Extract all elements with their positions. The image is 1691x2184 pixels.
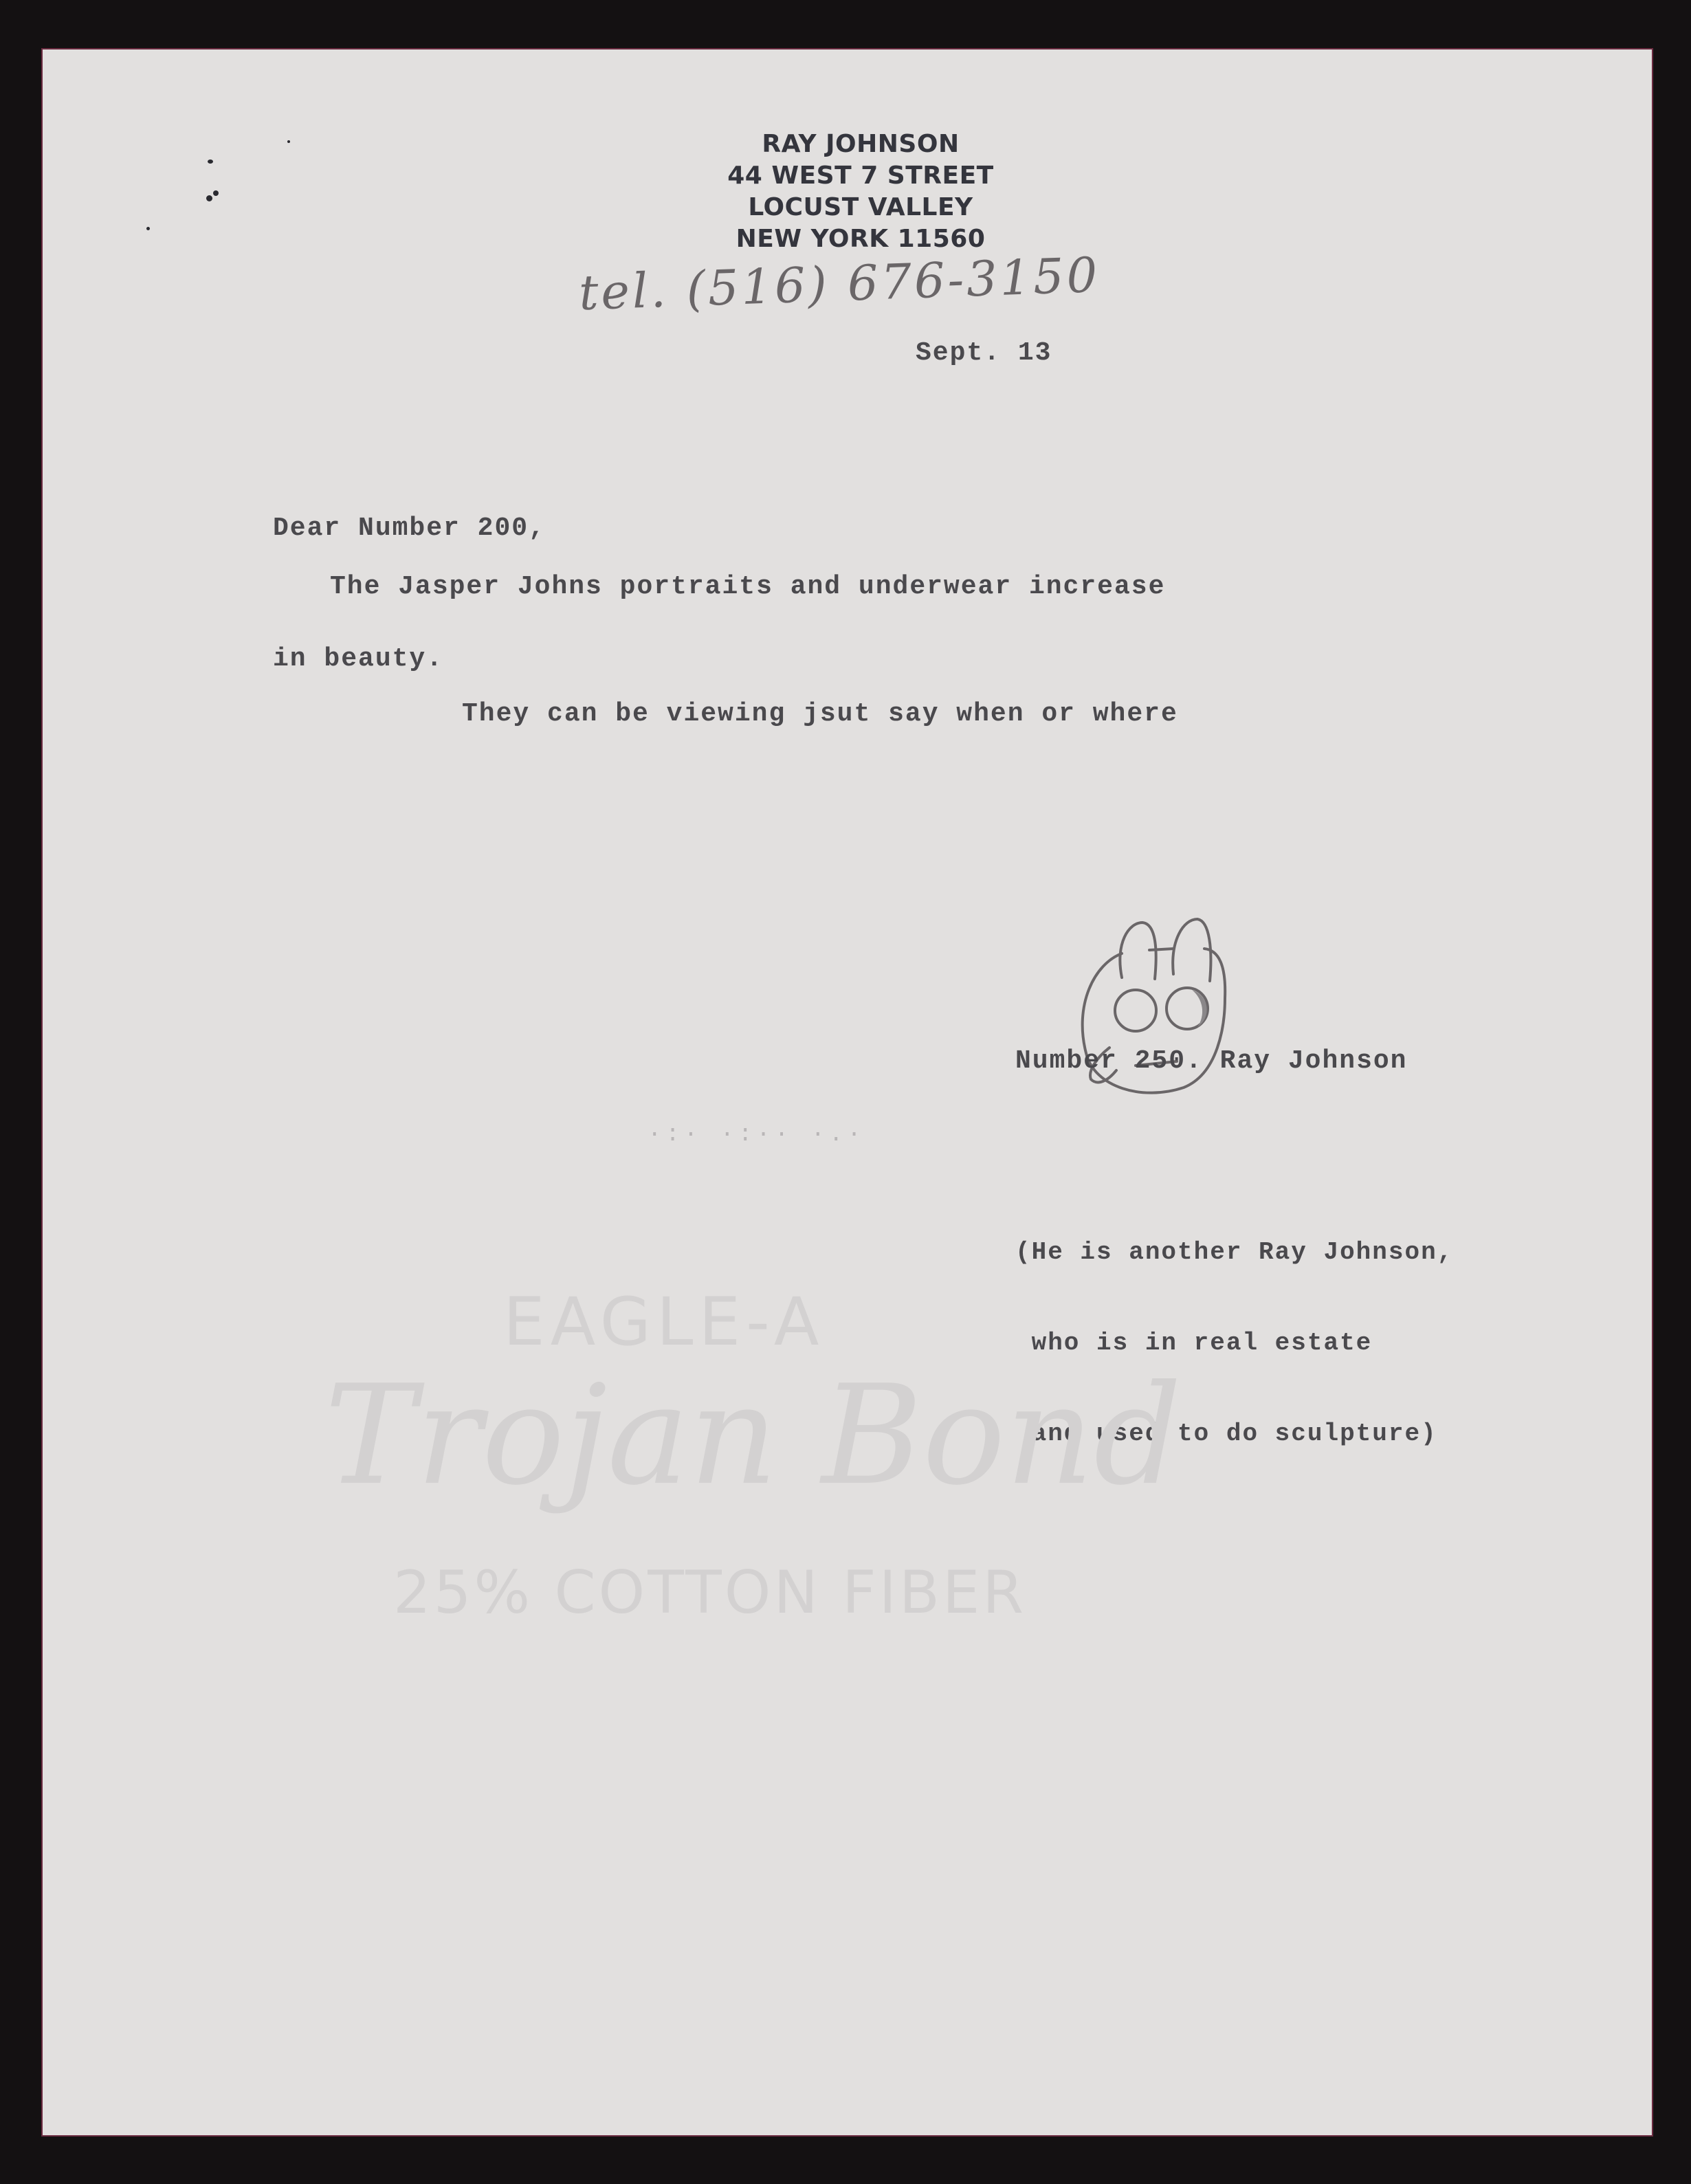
ink-speck	[208, 159, 213, 164]
body-line-3: They can be viewing jsut say when or whe…	[462, 699, 1178, 729]
note-line-2: who is in real estate	[1015, 1328, 1453, 1358]
body-line-2: in beauty.	[273, 644, 443, 674]
letterhead-name: RAY JOHNSON	[661, 129, 1060, 160]
salutation: Dear Number 200,	[273, 514, 546, 543]
watermark-brand: EAGLE-A	[503, 1283, 824, 1360]
note-line-1: (He is another Ray Johnson,	[1015, 1237, 1453, 1268]
ink-speck	[206, 195, 212, 201]
bunny-doodle-icon	[1032, 902, 1294, 1108]
watermark-script: Trojan Bond	[324, 1356, 1182, 1516]
handwritten-phone: tel. (516) 676-3150	[578, 247, 1101, 321]
ink-speck	[213, 190, 219, 196]
body-line-1: The Jasper Johns portraits and underwear…	[330, 572, 1165, 602]
letter-paper: RAY JOHNSON 44 WEST 7 STREET LOCUST VALL…	[43, 49, 1652, 2135]
ink-speck	[146, 227, 150, 230]
faint-stamp-marks: ·:· ·:·· ·.·	[648, 1122, 865, 1148]
letter-date: Sept. 13	[916, 338, 1052, 368]
letterhead-town: LOCUST VALLEY	[661, 192, 1060, 223]
watermark-fiber: 25% COTTON FIBER	[393, 1558, 1026, 1627]
signature-line: Number 250. Ray Johnson	[1015, 1046, 1408, 1076]
ink-speck	[287, 140, 290, 143]
letterhead: RAY JOHNSON 44 WEST 7 STREET LOCUST VALL…	[661, 129, 1060, 255]
letterhead-street: 44 WEST 7 STREET	[661, 160, 1060, 192]
